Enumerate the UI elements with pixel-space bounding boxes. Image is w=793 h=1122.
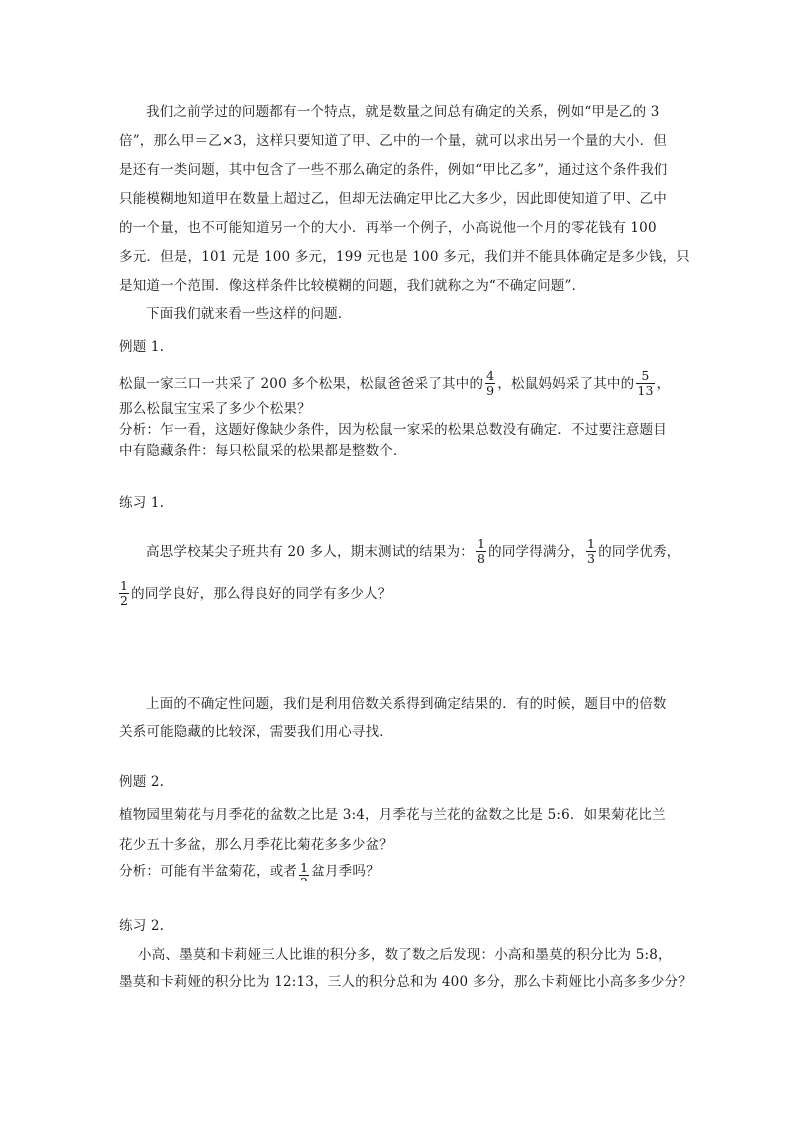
example-2-analysis-text-a: 分析：可能有半盆菊花，或者 (119, 864, 297, 880)
fraction-denominator: 13 (636, 384, 654, 398)
fraction-numerator: 5 (636, 369, 654, 384)
practice-2-question-line-1: 小高、墨莫和卡莉娅三人比谁的积分多，数了数之后发现：小高和墨莫的积分比为 5:8… (138, 946, 698, 964)
fraction-4-9: 49 (485, 369, 495, 398)
example-1-text-a: 松鼠一家三口一共采了 200 多个松果，松鼠爸爸采了其中的 (119, 376, 483, 392)
transition-line-2: 关系可能隐藏的比较深，需要我们用心寻找． (119, 723, 679, 741)
example-1-title: 例题 1. (119, 338, 679, 356)
example-2-question-line-1: 植物园里菊花与月季花的盆数之比是 3:4，月季花与兰花的盆数之比是 5:6．如果… (119, 806, 679, 824)
example-1-analysis-line-2: 中有隐藏条件：每只松鼠采的松果都是整数个． (119, 442, 679, 460)
example-1-text-c: ， (657, 376, 671, 392)
practice-1-question-line-1: 高思学校某尖子班共有 20 多人，期末测试的结果为：18的同学得满分，13的同学… (146, 538, 706, 567)
example-1-text-b: ，松鼠妈妈采了其中的 (497, 376, 634, 392)
transition-line-1: 上面的不确定性问题，我们是利用倍数关系得到确定结果的．有的时候，题目中的倍数 (146, 695, 706, 713)
practice-1-text-c: 的同学优秀， (598, 544, 680, 560)
fraction-denominator: 2 (119, 594, 129, 608)
intro-line-2: 倍”，那么甲＝乙×3，这样只要知道了甲、乙中的一个量，就可以求出另一个量的大小．… (119, 132, 679, 150)
example-1-analysis-line-1: 分析：乍一看，这题好像缺少条件，因为松鼠一家采的松果总数没有确定．不过要注意题目 (119, 421, 679, 439)
intro-line-4: 只能模糊地知道甲在数量上超过乙，但却无法确定甲比乙大多少，因此即使知道了甲、乙中 (119, 190, 679, 208)
intro-line-6: 多元．但是，101 元是 100 多元，199 元也是 100 多元，我们并不能… (119, 248, 679, 266)
example-1-question-line-1: 松鼠一家三口一共采了 200 多个松果，松鼠爸爸采了其中的49，松鼠妈妈采了其中… (119, 370, 679, 399)
fraction-numerator: 4 (485, 369, 495, 384)
intro-line-5: 的一个量，也不可能知道另一个的大小．再举一个例子，小高说他一个月的零花钱有 10… (119, 219, 679, 237)
fraction-1-2: 12 (119, 579, 129, 608)
example-1-question-line-2: 那么松鼠宝宝采了多少个松果？ (119, 400, 679, 418)
fraction-numerator: 1 (586, 537, 596, 552)
fraction-denominator: 2 (299, 876, 309, 881)
example-2-title: 例题 2. (119, 773, 679, 791)
fraction-denominator: 9 (485, 384, 495, 398)
practice-1-text-a: 高思学校某尖子班共有 20 多人，期末测试的结果为： (146, 544, 474, 560)
practice-1-title: 练习 1. (119, 494, 679, 512)
example-2-question-line-2: 花少五十多盆，那么月季花比菊花多多少盆？ (119, 836, 679, 854)
practice-1-text-b: 的同学得满分， (488, 544, 584, 560)
practice-1-question-line-2: 12的同学良好，那么得良好的同学有多少人？ (119, 580, 679, 609)
example-2-analysis: 分析：可能有半盆菊花，或者12盆月季吗？ (119, 862, 679, 882)
practice-2-question-line-2: 墨莫和卡莉娅的积分比为 12:13，三人的积分总和为 400 多分，那么卡莉娅比… (119, 973, 679, 991)
example-2-analysis-text-b: 盆月季吗？ (311, 864, 380, 880)
fraction-5-13: 513 (636, 369, 654, 398)
practice-1-text-d: 的同学良好，那么得良好的同学有多少人？ (131, 586, 391, 602)
intro-line-3: 是还有一类问题，其中包含了一些不那么确定的条件，例如“甲比乙多”，通过这个条件我… (119, 161, 679, 179)
fraction-numerator: 1 (299, 861, 309, 876)
document-page: 我们之前学过的问题都有一个特点，就是数量之间总有确定的关系，例如“甲是乙的 3 … (0, 0, 793, 1122)
intro-line-1: 我们之前学过的问题都有一个特点，就是数量之间总有确定的关系，例如“甲是乙的 3 (146, 103, 706, 121)
fraction-numerator: 1 (476, 537, 486, 552)
fraction-numerator: 1 (119, 579, 129, 594)
practice-2-title: 练习 2. (119, 917, 679, 935)
fraction-1-2-clipped: 12 (299, 861, 309, 881)
intro-line-7: 是知道一个范围．像这样条件比较模糊的问题，我们就称之为“不确定问题”． (119, 277, 679, 295)
fraction-1-8: 18 (476, 537, 486, 566)
intro-lead: 下面我们就来看一些这样的问题． (146, 305, 706, 323)
fraction-denominator: 8 (476, 552, 486, 566)
fraction-1-3: 13 (586, 537, 596, 566)
fraction-denominator: 3 (586, 552, 596, 566)
